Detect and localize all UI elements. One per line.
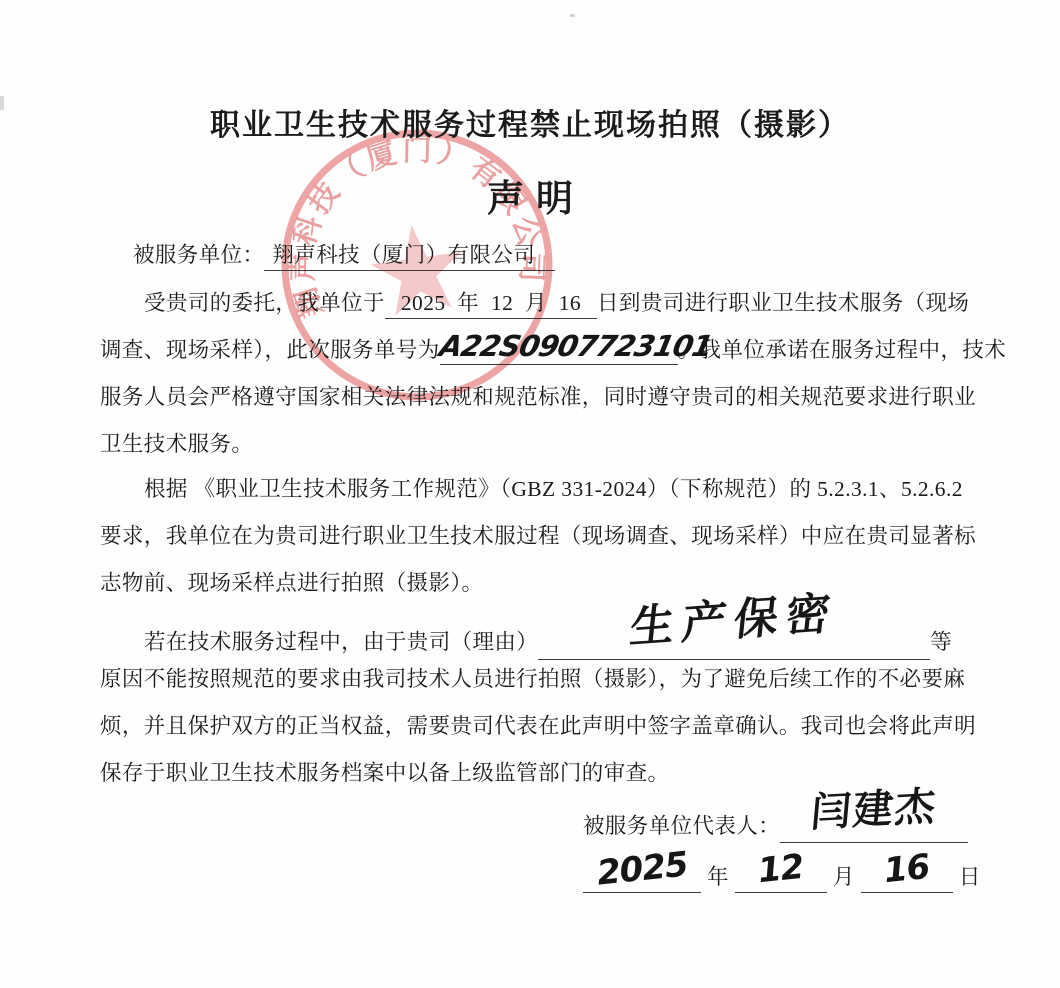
para3-line1-pre: 若在技术服务过程中，由于贵司（理由） — [144, 630, 538, 654]
para1-line4: 卫生技术服务。 — [100, 427, 1030, 461]
scanned-declaration-document: 翔声科技（厦门）有限公司 职业卫生技术服务过程禁止现场拍照（摄影） 声明 被服务… — [0, 0, 1060, 988]
para3-line1-post: 等 — [930, 630, 952, 654]
representative-signature-field: 闫建杰 — [780, 800, 968, 843]
service-date-value: 2025 年 12 月 16 — [401, 291, 581, 315]
served-unit-value-field: 翔声科技（厦门）有限公司 — [264, 245, 555, 271]
served-unit-value: 翔声科技（厦门）有限公司 — [272, 243, 535, 267]
para3-line3: 烦，并且保护双方的正当权益，需要贵司代表在此声明中签字盖章确认。我司也会将此声明 — [100, 709, 1030, 743]
served-unit-line: 被服务单位：翔声科技（厦门）有限公司 — [100, 238, 1030, 272]
signature-day-field: 16 — [861, 856, 953, 893]
para3-line2: 原因不能按照规范的要求由我司技术人员进行拍照（摄影），为了避免后续工作的不必要麻 — [100, 662, 1030, 696]
para2-line3: 志物前、现场采样点进行拍照（摄影）。 — [100, 566, 1030, 600]
para1-line2-post: 。我单位承诺在服务过程中，技术 — [678, 338, 1007, 362]
signature-year-handwriting: 2025 — [595, 847, 689, 890]
para1-line2: 调查、现场采样），此次服务单号为A22S0907723101。我单位承诺在服务过… — [100, 333, 1030, 367]
para3-line4: 保存于职业卫生技术服务档案中以备上级监管部门的审查。 — [100, 756, 1030, 790]
para2-line1: 根据 《职业卫生技术服务工作规范》（GBZ 331-2024）（下称规范）的 5… — [100, 472, 1030, 506]
served-unit-label: 被服务单位： — [133, 243, 264, 267]
service-date-field: 2025 年 12 月 16 — [385, 293, 597, 319]
service-number-handwriting: A22S0907723101 — [437, 332, 715, 361]
reason-field: 生产保密 — [538, 613, 930, 660]
year-unit-label: 年 — [707, 860, 729, 891]
scan-artifact — [570, 14, 575, 17]
signature-month-field: 12 — [735, 856, 827, 893]
para1-line3: 服务人员会严格遵守国家相关法律法规和规范标准，同时遵守贵司的相关规范要求进行职业 — [100, 380, 1030, 414]
para1-line1: 受贵司的委托，我单位于2025 年 12 月 16日到贵司进行职业卫生技术服务（… — [100, 286, 1030, 320]
month-unit-label: 月 — [833, 860, 855, 891]
representative-signature-handwriting: 闫建杰 — [809, 787, 938, 834]
reason-handwriting: 生产保密 — [628, 592, 840, 651]
para1-line2-pre: 调查、现场采样），此次服务单号为 — [100, 338, 440, 362]
service-number-field: A22S0907723101 — [440, 333, 678, 365]
para3-line1: 若在技术服务过程中，由于贵司（理由）生产保密等 — [100, 613, 1030, 647]
representative-label: 被服务单位代表人： — [583, 814, 780, 838]
document-subtitle: 声明 — [0, 168, 1060, 222]
signature-year-field: 2025 — [583, 856, 701, 893]
signature-date-line: 2025年12月16日 — [583, 856, 1043, 890]
signature-day-handwriting: 16 — [882, 850, 931, 889]
representative-line: 被服务单位代表人：闫建杰 — [583, 800, 1043, 834]
signature-month-handwriting: 12 — [757, 850, 806, 889]
para1-line1-post: 日到贵司进行职业卫生技术服务（现场 — [597, 291, 969, 315]
para1-line1-pre: 受贵司的委托，我单位于 — [144, 291, 385, 315]
para2-line2: 要求，我单位在为贵司进行职业卫生技术服过程（现场调查、现场采样）中应在贵司显著标 — [100, 519, 1030, 553]
document-title: 职业卫生技术服务过程禁止现场拍照（摄影） — [0, 100, 1060, 144]
day-unit-label: 日 — [959, 860, 981, 891]
